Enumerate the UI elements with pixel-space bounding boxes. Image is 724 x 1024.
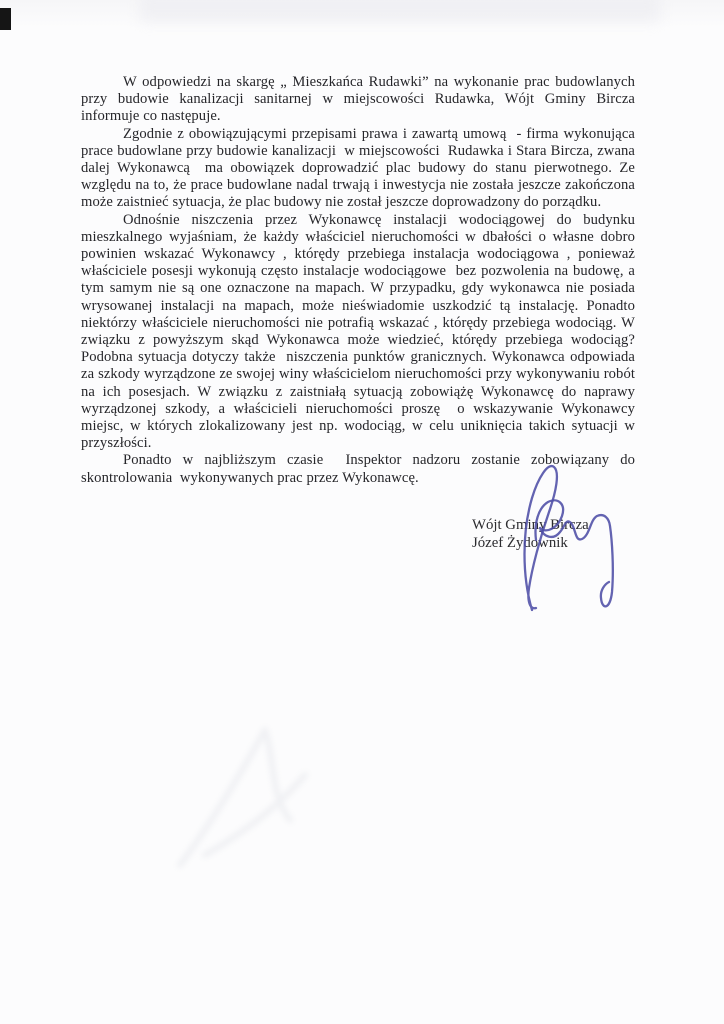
signature-block: Wójt Gminy Bircza Józef Żydownik (472, 517, 589, 553)
ink-bleedthrough-mark (150, 715, 450, 875)
body-paragraph: Ponadto w najbliższym czasie Inspektor n… (81, 452, 635, 486)
letter-body: W odpowiedzi na skargę „ Mieszkańca Ruda… (81, 74, 635, 487)
signer-title: Wójt Gminy Bircza (472, 517, 589, 535)
body-paragraph: W odpowiedzi na skargę „ Mieszkańca Ruda… (81, 74, 635, 126)
body-paragraph: Odnośnie niszczenia przez Wykonawcę inst… (81, 212, 635, 453)
bleedthrough-stroke (180, 730, 305, 865)
signer-name: Józef Żydownik (472, 535, 589, 553)
scan-shading-artifact (140, 0, 660, 22)
scan-black-edge-mark (0, 8, 11, 30)
scanned-letter-page: W odpowiedzi na skargę „ Mieszkańca Ruda… (0, 0, 724, 1024)
body-paragraph: Zgodnie z obowiązującymi przepisami praw… (81, 126, 635, 212)
